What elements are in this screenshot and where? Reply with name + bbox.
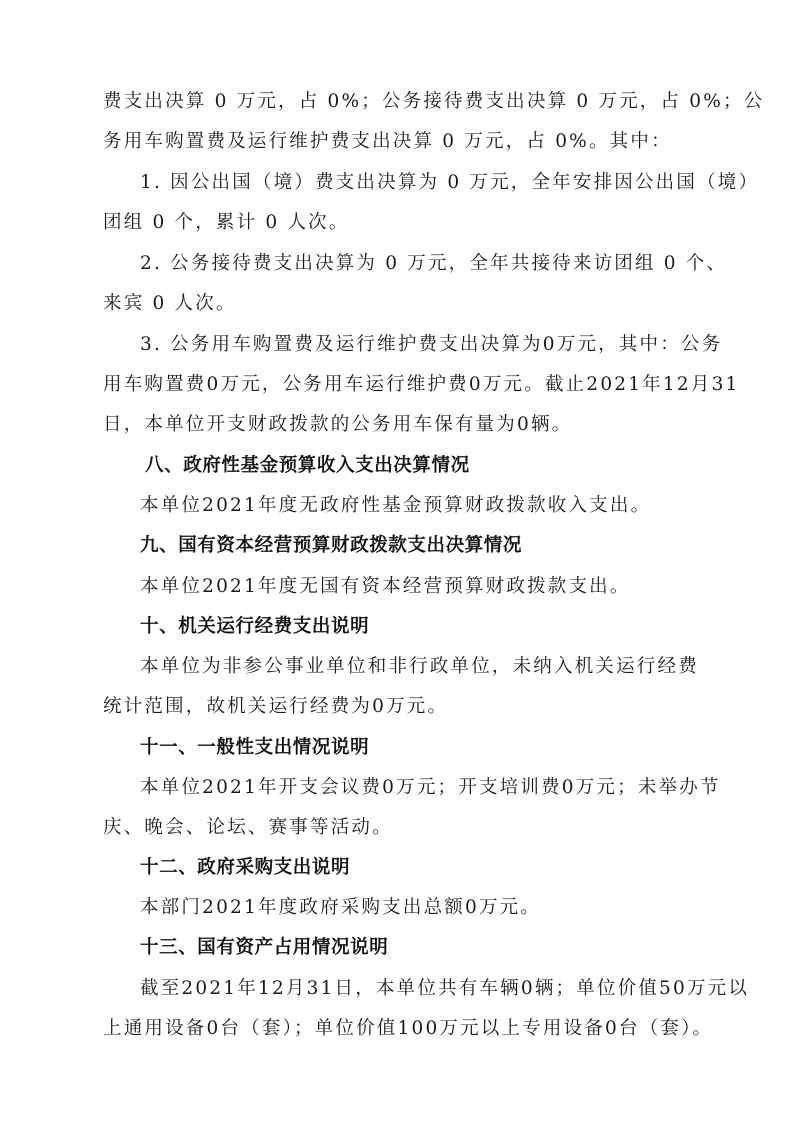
paragraph-line: 费支出决算 0 万元，占 0%；公务接待费支出决算 0 万元，占 0%；公	[103, 90, 695, 114]
paragraph-line: 务用车购置费及运行维护费支出决算 0 万元，占 0%。其中：	[103, 130, 695, 154]
list-item-1-line: 1. 因公出国（境）费支出决算为 0 万元，全年安排因公出国（境）	[140, 171, 695, 195]
list-item-2-line: 来宾 0 人次。	[103, 292, 695, 316]
document-page: 费支出决算 0 万元，占 0%；公务接待费支出决算 0 万元，占 0%；公 务用…	[0, 0, 793, 1122]
list-item-3-line: 日，本单位开支财政拨款的公务用车保有量为0辆。	[103, 413, 695, 437]
section-heading-9: 九、国有资本经营预算财政拨款支出决算情况	[140, 534, 695, 558]
section-11-body: 庆、晚会、论坛、赛事等活动。	[103, 816, 695, 840]
list-item-3-line: 3. 公务用车购置费及运行维护费支出决算为0万元，其中：公务	[140, 333, 695, 357]
section-heading-13: 十三、国有资产占用情况说明	[140, 936, 695, 960]
section-10-body: 本单位为非参公事业单位和非行政单位，未纳入机关运行经费	[140, 655, 695, 679]
section-heading-8: 八、政府性基金预算收入支出决算情况	[145, 454, 700, 478]
section-9-body: 本单位2021年度无国有资本经营预算财政拨款支出。	[140, 575, 695, 599]
section-heading-11: 十一、一般性支出情况说明	[140, 736, 695, 760]
list-item-1-line: 团组 0 个，累计 0 人次。	[103, 211, 695, 235]
section-13-body: 上通用设备0台（套）；单位价值100万元以上专用设备0台（套）。	[103, 1017, 695, 1041]
section-8-body: 本单位2021年度无政府性基金预算财政拨款收入支出。	[140, 494, 695, 518]
section-11-body: 本单位2021年开支会议费0万元；开支培训费0万元；未举办节	[140, 776, 695, 800]
section-10-body: 统计范围，故机关运行经费为0万元。	[103, 695, 695, 719]
section-heading-10: 十、机关运行经费支出说明	[140, 615, 695, 639]
section-12-body: 本部门2021年度政府采购支出总额0万元。	[140, 896, 695, 920]
list-item-3-line: 用车购置费0万元，公务用车运行维护费0万元。截止2021年12月31	[103, 373, 695, 397]
section-13-body: 截至2021年12月31日，本单位共有车辆0辆；单位价值50万元以	[140, 977, 695, 1001]
section-heading-12: 十二、政府采购支出说明	[140, 856, 695, 880]
list-item-2-line: 2. 公务接待费支出决算为 0 万元，全年共接待来访团组 0 个、	[140, 252, 695, 276]
